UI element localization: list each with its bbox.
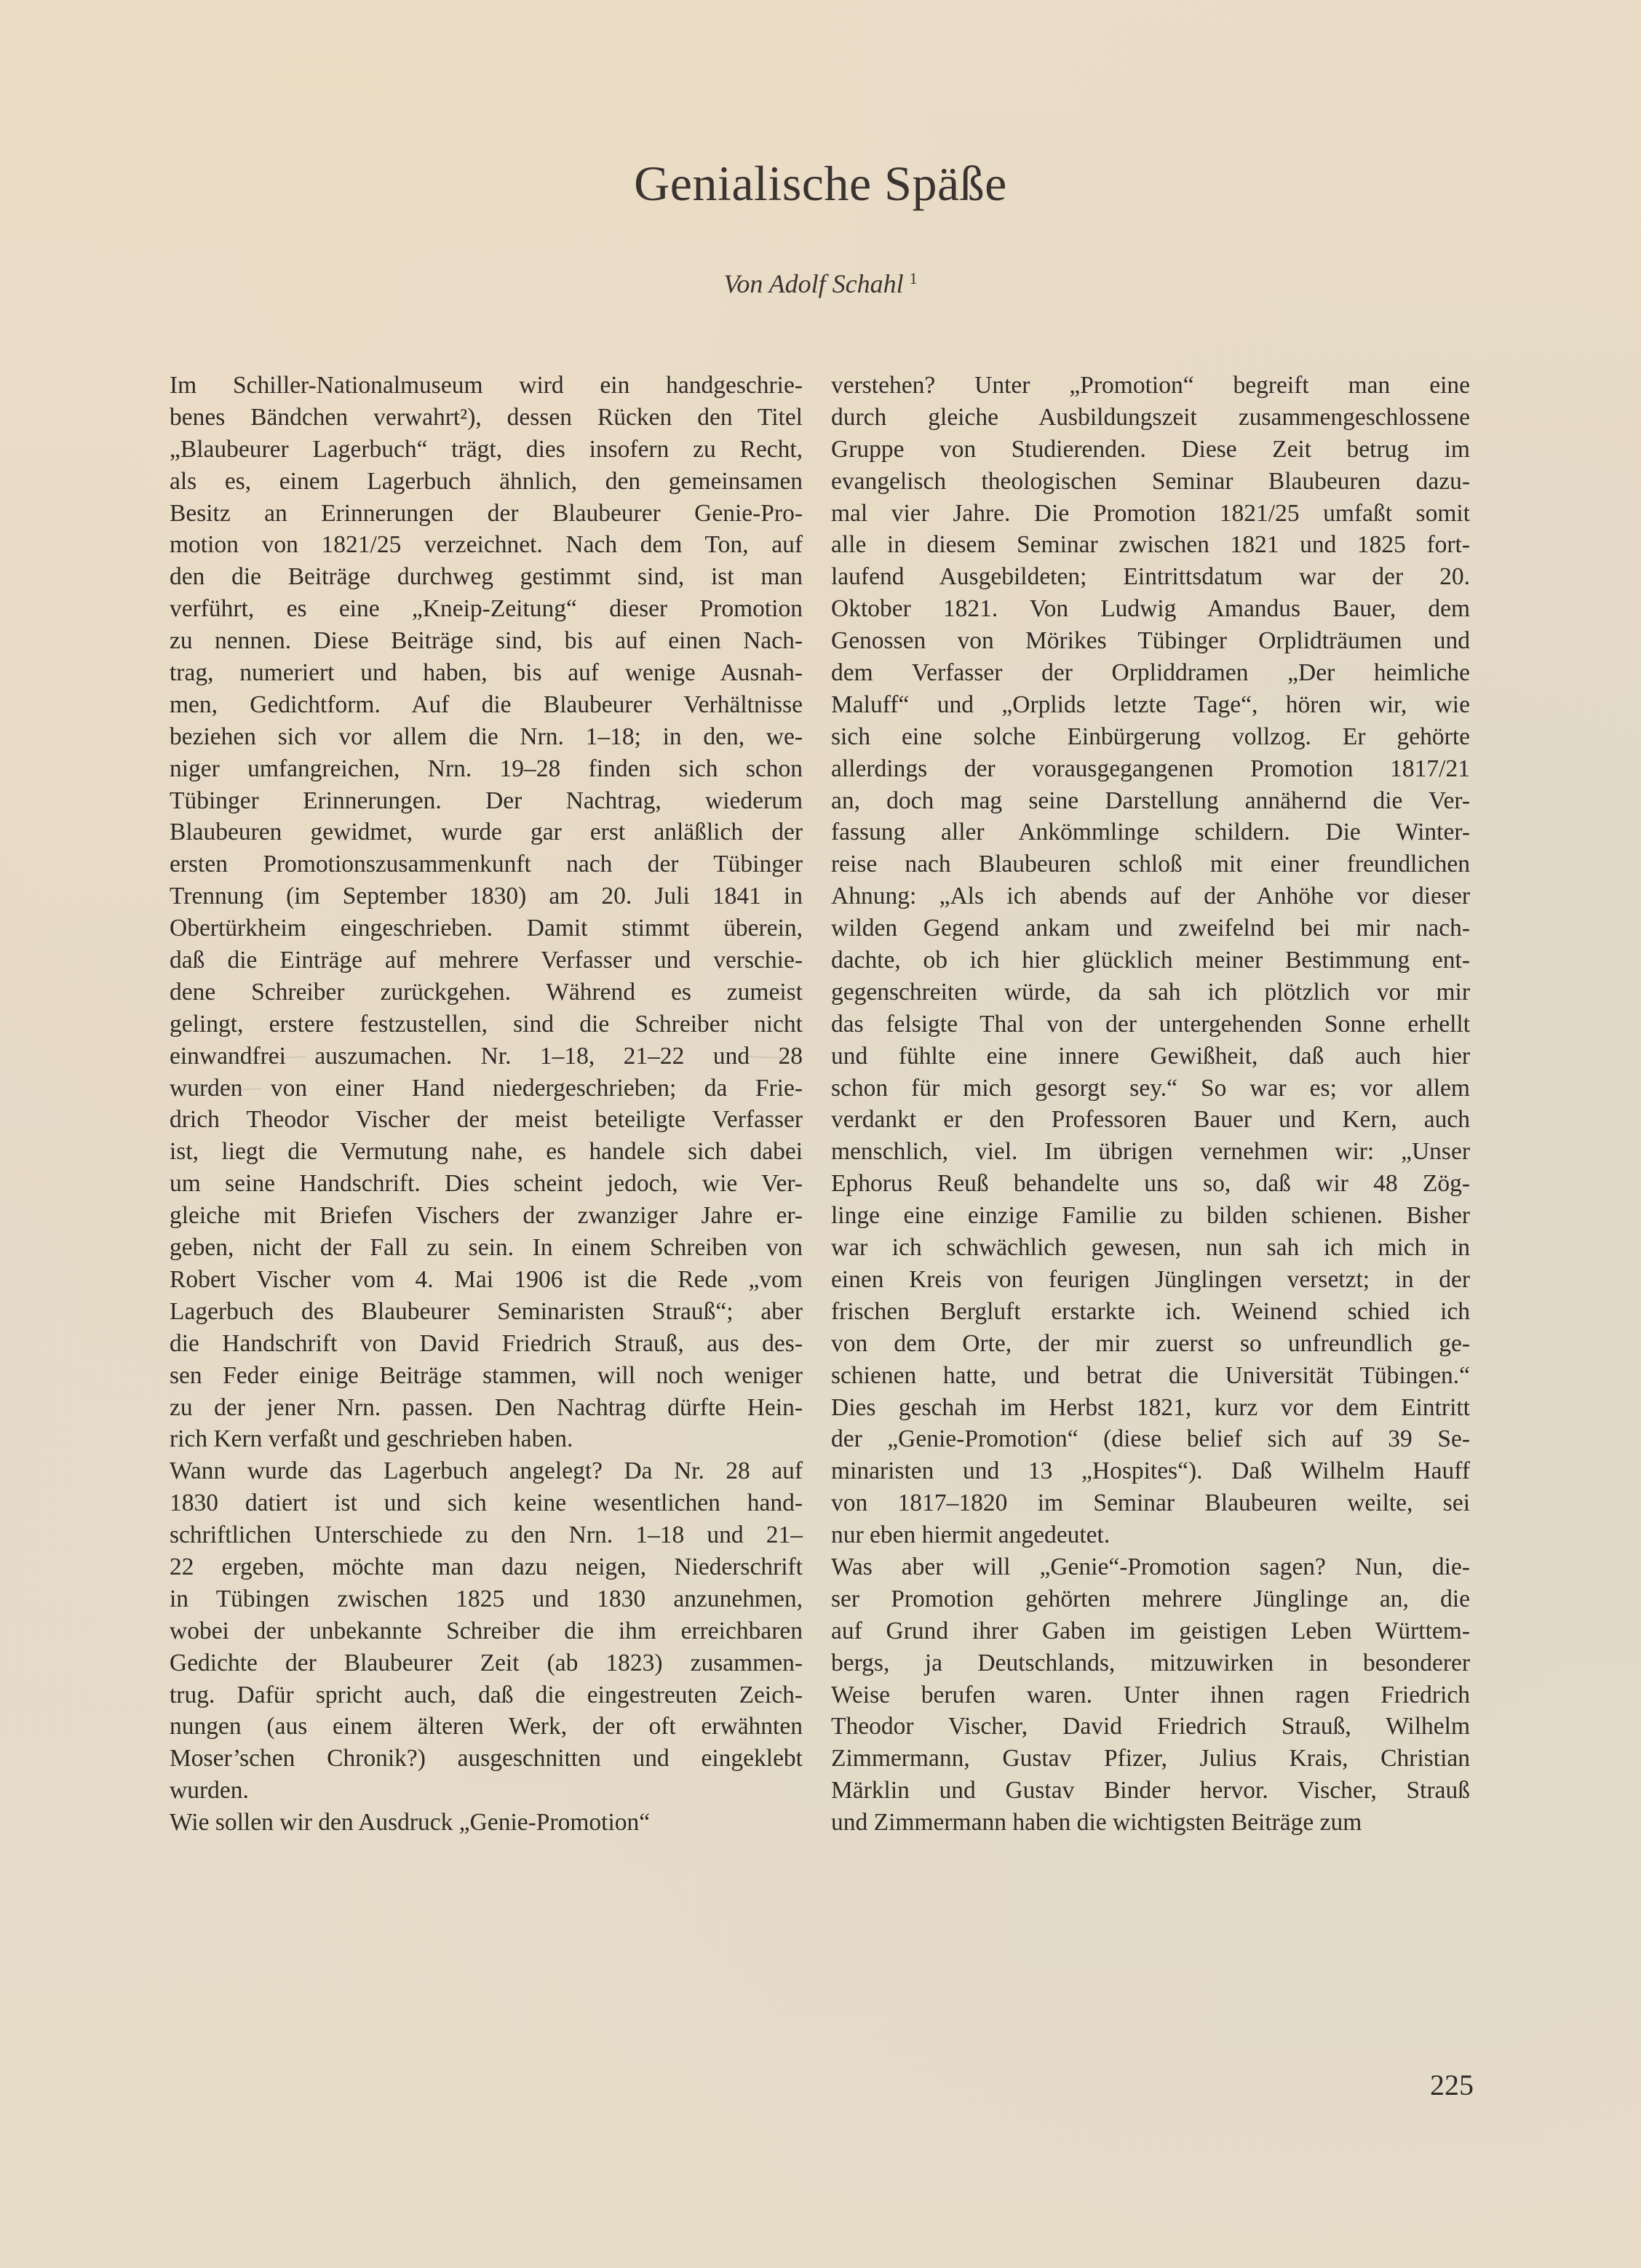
text-line: Blaubeuren gewidmet, wurde gar erst anlä… [170,816,803,848]
text-line: Wann wurde das Lagerbuch angelegt? Da Nr… [170,1455,803,1487]
text-line: alle in diesem Seminar zwischen 1821 und… [831,529,1470,561]
text-line: wobei der unbekannte Schreiber die ihm e… [170,1615,803,1647]
text-line: einen Kreis von feurigen Jünglingen vers… [831,1264,1470,1296]
text-line: Zimmermann, Gustav Pfizer, Julius Krais,… [831,1743,1470,1775]
text-line: schon für mich gesorgt sey.“ So war es; … [831,1073,1470,1105]
text-line: war ich schwächlich gewesen, nun sah ich… [831,1232,1470,1264]
text-line: Maluff“ und „Orplids letzte Tage“, hören… [831,689,1470,721]
text-line: die Handschrift von David Friedrich Stra… [170,1328,803,1360]
text-line: dem Verfasser der Orpliddramen „Der heim… [831,657,1470,689]
text-line: Märklin und Gustav Binder hervor. Vische… [831,1775,1470,1807]
text-line: Dies geschah im Herbst 1821, kurz vor de… [831,1392,1470,1424]
text-line: 22 ergeben, möchte man dazu neigen, Nied… [170,1551,803,1583]
text-column-right: verstehen? Unter „Promotion“ begreift ma… [831,370,1470,1839]
text-line: linge eine einzige Familie zu bilden sch… [831,1200,1470,1232]
footnote-marker: 1 [910,269,918,287]
text-line: Theodor Vischer, David Friedrich Strauß,… [831,1711,1470,1743]
text-line: Weise berufen waren. Unter ihnen ragen F… [831,1679,1470,1711]
text-line: Lagerbuch des Blaubeurer Seminaristen St… [170,1296,803,1328]
text-line: Ephorus Reuß behandelte uns so, daß wir … [831,1168,1470,1200]
text-line: wurden. [170,1775,803,1807]
text-line: als es, einem Lagerbuch ähnlich, den gem… [170,466,803,498]
text-line: gleiche mit Briefen Vischers der zwanzig… [170,1200,803,1232]
text-line: in Tübingen zwischen 1825 und 1830 anzun… [170,1583,803,1615]
text-line: durch gleiche Ausbildungszeit zusammenge… [831,402,1470,434]
text-line: allerdings der vorausgegangenen Promotio… [831,753,1470,785]
text-line: Besitz an Erinnerungen der Blaubeurer Ge… [170,498,803,530]
text-line: nungen (aus einem älteren Werk, der oft … [170,1711,803,1743]
text-line: Im Schiller-Nationalmuseum wird ein hand… [170,370,803,402]
text-line: schriftlichen Unterschiede zu den Nrn. 1… [170,1519,803,1551]
text-line: laufend Ausgebildeten; Eintrittsdatum wa… [831,561,1470,593]
text-line: niger umfangreichen, Nrn. 19–28 finden s… [170,753,803,785]
text-line: Obertürkheim eingeschrieben. Damit stimm… [170,912,803,944]
text-line: zu nennen. Diese Beiträge sind, bis auf … [170,625,803,657]
text-line: auf Grund ihrer Gaben im geistigen Leben… [831,1615,1470,1647]
text-line: Was aber will „Genie“-Promotion sagen? N… [831,1551,1470,1583]
text-line: bergs, ja Deutschlands, mitzuwirken in b… [831,1647,1470,1679]
text-line: motion von 1821/25 verzeichnet. Nach dem… [170,529,803,561]
text-line: verführt, es eine „Kneip-Zeitung“ dieser… [170,593,803,625]
text-line: Genossen von Mörikes Tübinger Orplidträu… [831,625,1470,657]
text-line: Trennung (im September 1830) am 20. Juli… [170,880,803,912]
text-line: daß die Einträge auf mehrere Verfasser u… [170,944,803,976]
text-line: sich eine solche Einbürgerung vollzog. E… [831,721,1470,753]
text-line: wilden Gegend ankam und zweifelnd bei mi… [831,912,1470,944]
text-line: minaristen und 13 „Hospites“). Daß Wilhe… [831,1455,1470,1487]
text-column-left: Im Schiller-Nationalmuseum wird ein hand… [170,370,803,1839]
text-line: verdankt er den Professoren Bauer und Ke… [831,1104,1470,1136]
text-line: sen Feder einige Beiträge stammen, will … [170,1360,803,1392]
text-line: dene Schreiber zurückgehen. Während es z… [170,976,803,1008]
text-line: fassung aller Ankömmlinge schildern. Die… [831,816,1470,848]
text-line: den die Beiträge durchweg gestimmt sind,… [170,561,803,593]
article-title: Genialische Späße [0,154,1641,212]
text-line: ist, liegt die Vermutung nahe, es handel… [170,1136,803,1168]
text-line: schienen hatte, und betrat die Universit… [831,1360,1470,1392]
text-line: um seine Handschrift. Dies scheint jedoc… [170,1168,803,1200]
text-line: men, Gedichtform. Auf die Blaubeurer Ver… [170,689,803,721]
page-number: 225 [1404,2068,1474,2103]
text-line: drich Theodor Vischer der meist beteilig… [170,1104,803,1136]
text-line: 1830 datiert ist und sich keine wesentli… [170,1487,803,1519]
text-line: reise nach Blaubeuren schloß mit einer f… [831,848,1470,880]
text-line: und Zimmermann haben die wichtigsten Bei… [831,1807,1470,1839]
text-line: gelingt, erstere festzustellen, sind die… [170,1008,803,1041]
text-line: rich Kern verfaßt und geschrieben haben. [170,1423,803,1455]
text-line: Moser’schen Chronik?) ausgeschnitten und… [170,1743,803,1775]
text-line: gegenschreiten würde, da sah ich plötzli… [831,976,1470,1008]
text-line: und fühlte eine innere Gewißheit, daß au… [831,1041,1470,1073]
text-line: Gruppe von Studierenden. Diese Zeit betr… [831,434,1470,466]
text-line: an, doch mag seine Darstellung annähernd… [831,785,1470,817]
text-line: einwandfrei auszumachen. Nr. 1–18, 21–22… [170,1041,803,1073]
text-line: von dem Orte, der mir zuerst so unfreund… [831,1328,1470,1360]
text-line: beziehen sich vor allem die Nrn. 1–18; i… [170,721,803,753]
text-line: evangelisch theologischen Seminar Blaube… [831,466,1470,498]
text-line: ersten Promotionszusammenkunft nach der … [170,848,803,880]
author-line: Von Adolf Schahl [723,269,903,298]
text-line: das felsigte Thal von der untergehenden … [831,1008,1470,1041]
text-line: wurden von einer Hand niedergeschrieben;… [170,1073,803,1105]
text-line: „Blaubeurer Lagerbuch“ trägt, dies insof… [170,434,803,466]
text-line: ser Promotion gehörten mehrere Jünglinge… [831,1583,1470,1615]
text-line: Wie sollen wir den Ausdruck „Genie-Promo… [170,1807,803,1839]
text-line: menschlich, viel. Im übrigen vernehmen w… [831,1136,1470,1168]
text-line: zu der jener Nrn. passen. Den Nachtrag d… [170,1392,803,1424]
article-byline: Von Adolf Schahl1 [0,262,1641,301]
text-line: der „Genie-Promotion“ (diese belief sich… [831,1423,1470,1455]
text-line: frischen Bergluft erstarkte ich. Weinend… [831,1296,1470,1328]
text-line: dachte, ob ich hier glücklich meiner Bes… [831,944,1470,976]
text-line: mal vier Jahre. Die Promotion 1821/25 um… [831,498,1470,530]
text-line: trug. Dafür spricht auch, daß die einges… [170,1679,803,1711]
text-line: Ahnung: „Als ich abends auf der Anhöhe v… [831,880,1470,912]
text-line: von 1817–1820 im Seminar Blaubeuren weil… [831,1487,1470,1519]
text-line: verstehen? Unter „Promotion“ begreift ma… [831,370,1470,402]
text-line: trag, numeriert und haben, bis auf wenig… [170,657,803,689]
text-line: Tübinger Erinnerungen. Der Nachtrag, wie… [170,785,803,817]
text-line: benes Bändchen verwahrt²), dessen Rücken… [170,402,803,434]
text-line: geben, nicht der Fall zu sein. In einem … [170,1232,803,1264]
book-page: Genialische Späße Von Adolf Schahl1 Im S… [0,0,1641,2268]
text-line: nur eben hiermit angedeutet. [831,1519,1470,1551]
text-line: Gedichte der Blaubeurer Zeit (ab 1823) z… [170,1647,803,1679]
text-line: Oktober 1821. Von Ludwig Amandus Bauer, … [831,593,1470,625]
text-line: Robert Vischer vom 4. Mai 1906 ist die R… [170,1264,803,1296]
